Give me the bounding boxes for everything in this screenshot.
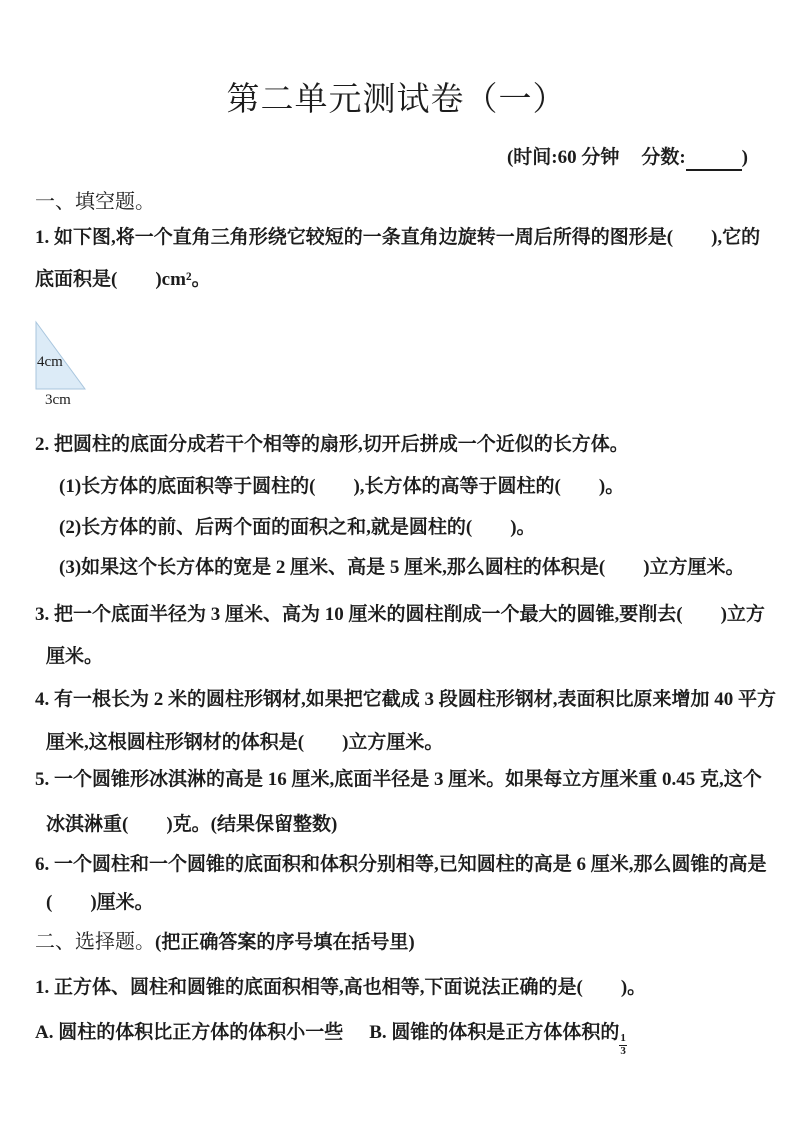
section2-question-1: 1. 正方体、圆柱和圆锥的底面积相等,高也相等,下面说法正确的是( )。 bbox=[35, 975, 646, 1001]
meta-close-paren: ) bbox=[742, 147, 748, 168]
question-1-line-2: 底面积是( )cm²。 bbox=[35, 267, 211, 293]
header-meta: (时间:60 分钟分数:) bbox=[507, 145, 748, 171]
section2-heading-main: 二、选择题。 bbox=[35, 931, 155, 953]
question-5-line-2: 冰淇淋重( )克。(结果保留整数) bbox=[46, 812, 337, 838]
page-title: 第二单元测试卷（一） bbox=[0, 80, 793, 120]
score-label: 分数: bbox=[641, 147, 685, 168]
triangle-height-label: 4cm bbox=[37, 354, 63, 370]
question-4-line-1: 4. 有一根长为 2 米的圆柱形钢材,如果把它截成 3 段圆柱形钢材,表面积比原… bbox=[35, 687, 760, 713]
question-2-sub-2: (2)长方体的前、后两个面的面积之和,就是圆柱的( )。 bbox=[59, 515, 536, 541]
triangle-base-label: 3cm bbox=[45, 392, 71, 408]
score-blank-line bbox=[686, 152, 742, 171]
section1-heading: 一、填空题。 bbox=[35, 189, 155, 215]
question-3-line-2: 厘米。 bbox=[46, 644, 103, 670]
question-6-line-2: ( )厘米。 bbox=[46, 890, 154, 916]
fraction-numerator: 1 bbox=[619, 1033, 627, 1046]
question-6-line-1: 6. 一个圆柱和一个圆锥的底面积和体积分别相等,已知圆柱的高是 6 厘米,那么圆… bbox=[35, 852, 760, 878]
section2-heading: 二、选择题。(把正确答案的序号填在括号里) bbox=[35, 929, 415, 956]
section2-heading-note: (把正确答案的序号填在括号里) bbox=[155, 932, 415, 953]
question-4-line-2: 厘米,这根圆柱形钢材的体积是( )立方厘米。 bbox=[46, 730, 443, 756]
time-label: (时间:60 分钟 bbox=[507, 147, 619, 168]
question-2-sub-1: (1)长方体的底面积等于圆柱的( ),长方体的高等于圆柱的( )。 bbox=[59, 474, 624, 500]
question-5-line-1: 5. 一个圆锥形冰淇淋的高是 16 厘米,底面半径是 3 厘米。如果每立方厘米重… bbox=[35, 767, 760, 793]
question-3-line-1: 3. 把一个底面半径为 3 厘米、高为 10 厘米的圆柱削成一个最大的圆锥,要削… bbox=[35, 602, 760, 628]
test-paper-page: 第二单元测试卷（一） (时间:60 分钟分数:) 一、填空题。 1. 如下图,将… bbox=[0, 0, 793, 1122]
fraction-denominator: 3 bbox=[620, 1046, 626, 1058]
question-1-line-1: 1. 如下图,将一个直角三角形绕它较短的一条直角边旋转一周后所得的图形是( ),… bbox=[35, 225, 760, 251]
option-a: A. 圆柱的体积比正方体的体积小一些 bbox=[35, 1022, 343, 1043]
question-2-sub-3: (3)如果这个长方体的宽是 2 厘米、高是 5 厘米,那么圆柱的体积是( )立方… bbox=[59, 555, 745, 581]
option-b-text: B. 圆锥的体积是正方体体积的 bbox=[369, 1022, 619, 1043]
section2-options-row: A. 圆柱的体积比正方体的体积小一些B. 圆锥的体积是正方体体积的13 bbox=[35, 1020, 627, 1057]
option-b: B. 圆锥的体积是正方体体积的13 bbox=[369, 1022, 627, 1043]
triangle-figure: 4cm 3cm bbox=[30, 318, 120, 413]
question-2-stem: 2. 把圆柱的底面分成若干个相等的扇形,切开后拼成一个近似的长方体。 bbox=[35, 432, 629, 458]
fraction-one-third: 13 bbox=[619, 1033, 627, 1057]
